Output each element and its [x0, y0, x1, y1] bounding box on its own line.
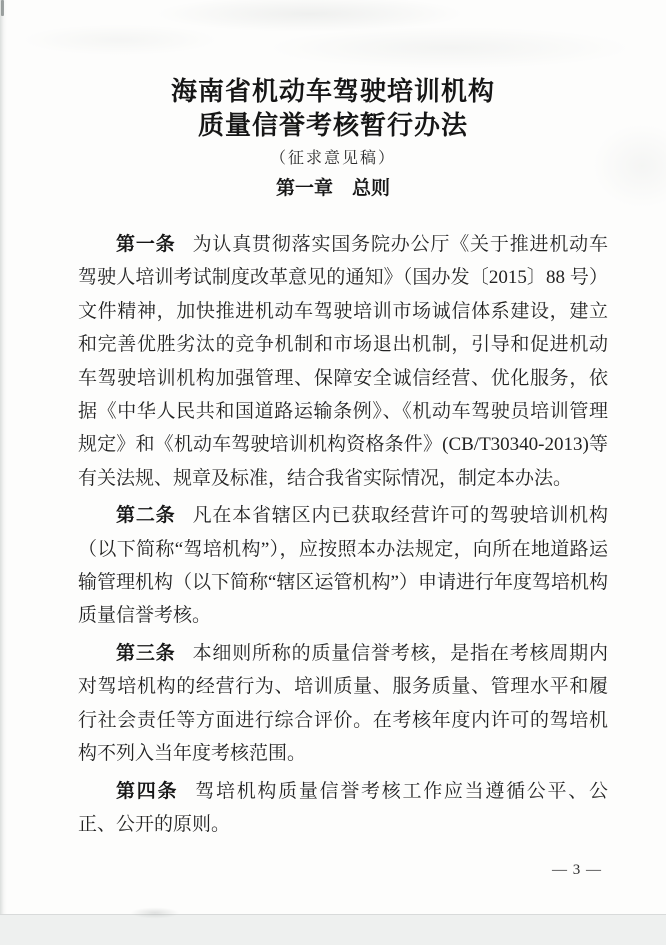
article-1: 第一条为认真贯彻落实国务院办公厅《关于推进机动车驾驶人培训考试制度改革意见的通知…: [78, 228, 608, 495]
scan-artifact-bottom-band: [0, 914, 666, 945]
chapter-heading: 第一章 总则: [0, 173, 666, 200]
article-1-label: 第一条: [116, 234, 175, 255]
article-4: 第四条驾培机构质量信誉考核工作应当遵循公平、公正、公开的原则。: [78, 775, 608, 842]
document-body: 第一条为认真贯彻落实国务院办公厅《关于推进机动车驾驶人培训考试制度改革意见的通知…: [78, 228, 608, 845]
article-1-text: 为认真贯彻落实国务院办公厅《关于推进机动车驾驶人培训考试制度改革意见的通知》（国…: [78, 234, 608, 489]
scan-artifact-smudge: [120, 905, 190, 921]
scanned-document-page: 海南省机动车驾驶培训机构 质量信誉考核暂行办法 （征求意见稿） 第一章 总则 第…: [0, 0, 666, 945]
article-3: 第三条本细则所称的质量信誉考核，是指在考核周期内对驾培机构的经营行为、培训质量、…: [78, 637, 608, 771]
article-4-label: 第四条: [116, 781, 178, 802]
document-subtitle-draft-note: （征求意见稿）: [0, 145, 666, 168]
article-3-label: 第三条: [116, 643, 175, 664]
article-2: 第二条凡在本省辖区内已获取经营许可的驾驶培训机构（以下简称“驾培机构”），应按照…: [78, 499, 608, 633]
article-2-label: 第二条: [116, 505, 175, 526]
scan-artifact-left-notch: [1, 0, 4, 16]
document-title-line1: 海南省机动车驾驶培训机构: [0, 76, 666, 106]
scan-artifact-top: [0, 0, 666, 80]
page-number: — 3 —: [552, 862, 602, 879]
document-title-line2: 质量信誉考核暂行办法: [0, 110, 666, 140]
scan-artifact-left-edge: [0, 0, 7, 945]
